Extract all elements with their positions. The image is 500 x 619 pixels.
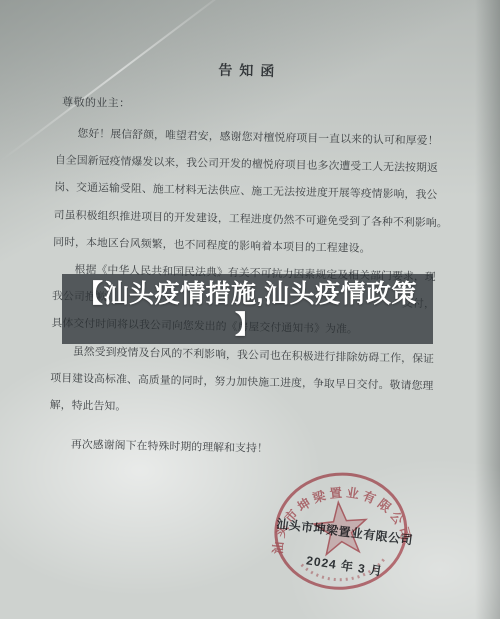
photographed-notice-letter: 告知函 尊敬的业主： 您好！展信舒颜，唯望君安，感谢您对檀悦府项目一直以来的认可…: [0, 0, 500, 619]
notice-title: 告知函: [0, 55, 500, 85]
salutation: 尊敬的业主：: [62, 93, 499, 118]
overlay-keywords-line1: 【汕头疫情措施,汕头疫情政策: [78, 278, 417, 310]
company-seal-stamp: 汕头市坤梁置业有限公司: [262, 460, 423, 607]
notice-document: 告知函 尊敬的业主： 您好！展信舒颜，唯望君安，感谢您对檀悦府项目一直以来的认可…: [0, 0, 500, 468]
overlay-keywords-line2: 】: [235, 310, 260, 340]
closing-line: 再次感谢阁下在特殊时期的理解和支持！: [49, 431, 432, 466]
keyword-overlay-banner: 【汕头疫情措施,汕头疫情政策 】: [62, 274, 433, 344]
star-icon: [312, 500, 368, 555]
